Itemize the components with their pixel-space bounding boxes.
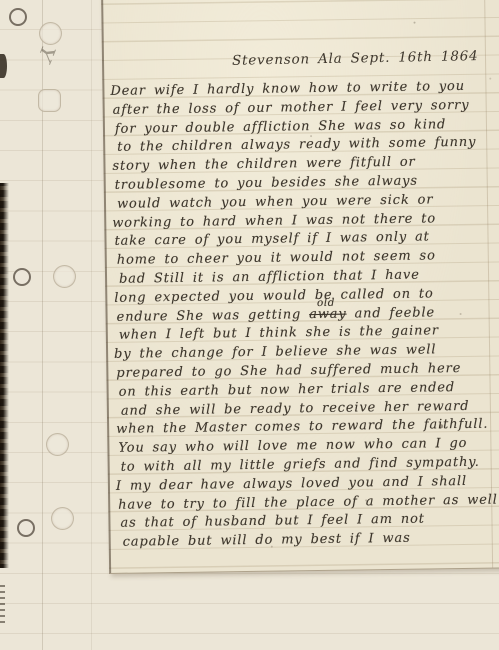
punch-hole [17,519,35,537]
scan-edge-shadow [0,183,9,568]
punch-hole [39,22,62,45]
letter-body: Dear wife I hardly know how to write to … [111,77,499,552]
punch-hole [13,268,31,286]
pencil-mark: Y [33,42,59,65]
scan-edge-blot [0,585,5,625]
letter-paper: Stevenson Ala Sept. 16th 1864 Dear wife … [101,0,499,574]
letter-heading: Stevenson Ala Sept. 16th 1864 [232,48,479,69]
punch-hole [9,8,27,26]
punch-hole [51,507,74,530]
punch-hole [46,433,69,456]
letter-line: capable but will do my best if I was [123,528,499,552]
punch-hole [53,265,76,288]
corrected-word: oldaway [309,305,347,324]
document-scan: Y Stevenson Ala Sept. 16th 1864 Dear wif… [0,0,499,650]
punch-hole [38,89,61,112]
scan-edge-blot [0,54,7,78]
